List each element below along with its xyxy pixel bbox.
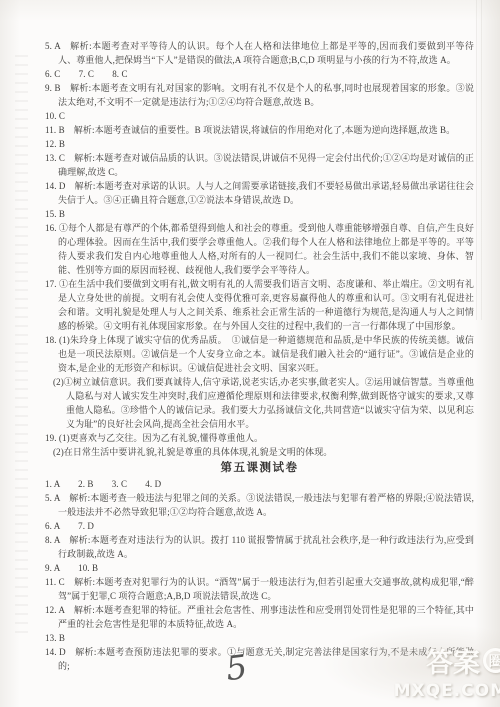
answer-line: 9. B 解析:本题考查文明有礼对国家的影响。文明有礼不仅是个人的私事,同时也展…	[45, 81, 474, 109]
watermark: 答案圈 MXQE.COM	[394, 641, 500, 701]
watermark-logo-circle-icon: 圈	[483, 648, 500, 673]
watermark-site-text: MXQE.COM	[394, 681, 500, 701]
page-crease-shadow	[476, 0, 486, 320]
reverse-side-bleed	[15, 55, 28, 637]
watermark-logo-circle-char: 圈	[489, 651, 500, 671]
answer-circle-logo: 答案圈	[394, 641, 500, 680]
answer-line: 11. B 解析:本题考查诚信的重要性。B 项说法错误,将诚信的作用绝对化了,本…	[45, 123, 474, 137]
answer-line: 11. C 解析:本题考查对犯罪行为的认识。“酒驾”属于一般违法行为,但若引起重…	[45, 575, 474, 603]
answer-line: 8. A 解析:本题考查对违法行为的认识。拨打 110 谎报警情属于扰乱社会秩序…	[45, 533, 474, 561]
answer-sections: 5. A 解析:本题考查对平等待人的认识。每个人在人格和法律地位上都是平等的,因…	[45, 39, 474, 673]
watermark-logo-text: 答案	[426, 641, 480, 680]
answer-line: 14. D 解析:本题考查对承诺的认识。人与人之间需要承诺链接,我们不要轻易做出…	[45, 179, 474, 207]
answer-line: 5. A 解析:本题考查对平等待人的认识。每个人在人格和法律地位上都是平等的,因…	[45, 39, 474, 67]
answer-line: 19. (1)更喜欢与乙交往。因为乙有礼貌,懂得尊重他人。	[45, 431, 474, 445]
answer-line: 13. C 解析:本题考查对诚信品质的认识。③说法错误,讲诚信不见得一定会付出代…	[45, 151, 474, 179]
answer-line: 6. A 7. D	[45, 519, 474, 533]
scanned-answer-page: 5. A 解析:本题考查对平等待人的认识。每个人在人格和法律地位上都是平等的,因…	[0, 0, 500, 707]
answer-line: 17. ①在生活中我们要做到文明有礼,做文明有礼的人需要我们语言文明、态度谦和、…	[45, 277, 474, 333]
answer-line: 18. (1)朱玲身上体现了诚实守信的优秀品质。 ①诚信是一种道德规范和品质,是…	[45, 333, 474, 375]
answer-line: 5. A 解析:本题考查一般违法与犯罪之间的关系。③说法错误,一般违法与犯罪有着…	[45, 491, 474, 519]
answer-line: 16. ①每个人都是有尊严的个体,都希望得到他人和社会的尊重。受到他人尊重能够增…	[45, 221, 474, 277]
answer-line: (2)在日常生活中要讲礼貌,礼貌是尊重的具体体现,礼貌是文明的体现。	[45, 445, 474, 459]
answer-line: 12. B	[45, 137, 474, 151]
answer-line: 15. B	[45, 207, 474, 221]
answer-line: 1. A 2. B 3. C 4. D	[45, 477, 474, 491]
answer-line: 9. A 10. B	[45, 561, 474, 575]
answer-line: 10. C	[45, 109, 474, 123]
answer-line: 6. C 7. C 8. C	[45, 67, 474, 81]
answer-line: (2)①树立诚信意识。我们要真诚待人,信守承诺,说老实话,办老实事,做老实人。②…	[45, 375, 474, 431]
section-heading: 第五课测试卷	[45, 460, 474, 476]
